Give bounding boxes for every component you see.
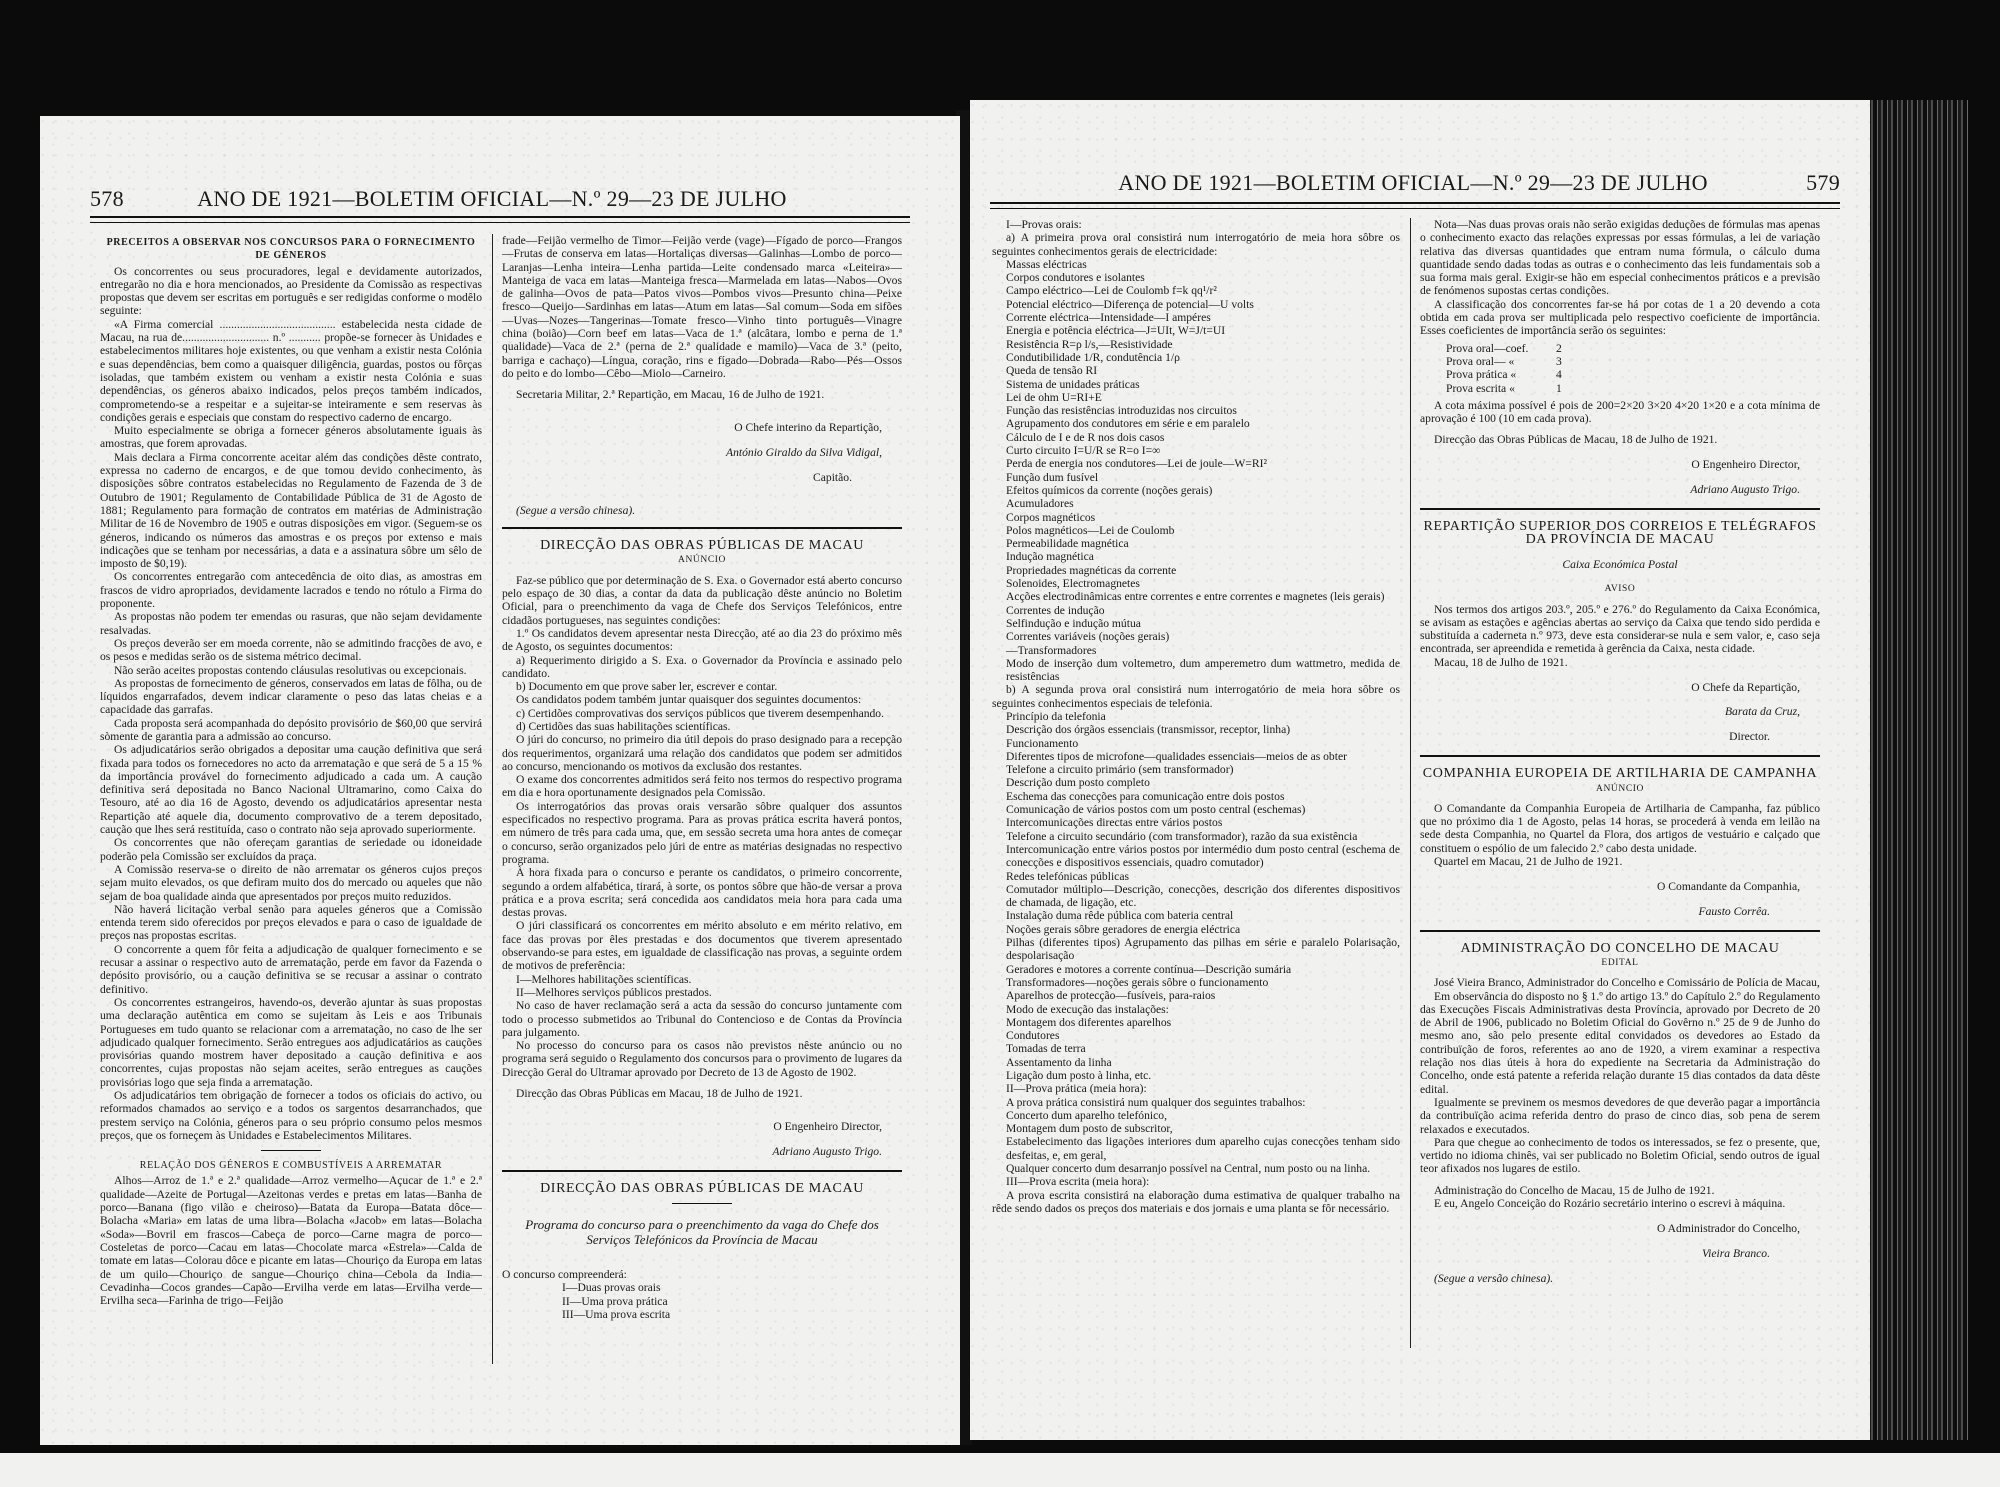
text-line: Pilhas (diferentes tipos) Agrupamento da…	[992, 936, 1400, 963]
text-line: Princípio da telefonia	[992, 710, 1400, 723]
max-score: A cota máxima possível é pois de 200=2×2…	[1420, 399, 1820, 426]
text-line: Acções electrodinâmicas entre correntes …	[992, 590, 1400, 603]
text-line: Não serão aceites propostas contendo clá…	[100, 664, 482, 677]
signature-title: O Comandante da Companhia,	[1420, 880, 1820, 893]
text-line: Redes telefónicas públicas	[992, 870, 1400, 883]
correios-heading: REPARTIÇÃO SUPERIOR DOS CORREIOS E TELÉG…	[1420, 520, 1820, 547]
section-escrita: III—Prova escrita (meia hora):	[992, 1175, 1400, 1188]
coefficient-row: Prova oral— «3	[1420, 355, 1820, 368]
text-line: Geradores e motores a corrente contínua—…	[992, 963, 1400, 976]
text-line: Potencial eléctrico—Diferença de potenci…	[992, 298, 1400, 311]
coefficient-value: 3	[1556, 355, 1562, 368]
text-line: —Transformadores	[992, 644, 1400, 657]
left-page: 578 ANO DE 1921—BOLETIM OFICIAL—N.º 29—2…	[40, 116, 960, 1456]
text-line: Corpos condutores e isolantes	[992, 271, 1400, 284]
text-line: Agrupamento dos condutores em série e em…	[992, 417, 1400, 430]
text-line: Corpos magnéticos	[992, 511, 1400, 524]
notice-heading: DIRECÇÃO DAS OBRAS PÚBLICAS DE MACAU	[502, 539, 902, 552]
text-line: Assentamento da linha	[992, 1056, 1400, 1069]
divider	[1420, 755, 1820, 757]
text-line: No caso de haver reclamação será a acta …	[502, 999, 902, 1039]
program-heading: DIRECÇÃO DAS OBRAS PÚBLICAS DE MACAU	[502, 1182, 902, 1195]
coefficients-table: Prova oral—coef.2Prova oral— «3Prova prá…	[1420, 342, 1820, 395]
text-line: Mais declara a Firma concorrente aceitar…	[100, 451, 482, 571]
text-line: Modo de inserção dum voltemetro, dum amp…	[992, 657, 1400, 684]
text-line: O júri do concurso, no primeiro dia útil…	[502, 733, 902, 773]
nota: Nota—Nas duas provas orais não serão exi…	[1420, 218, 1820, 298]
page-number: 578	[90, 186, 124, 212]
place-date: Macau, 18 de Julho de 1921.	[1420, 656, 1820, 669]
text-line: Os adjudicatários tem obrigação de forne…	[100, 1089, 482, 1142]
text-line: José Vieira Branco, Administrador do Con…	[1420, 976, 1820, 989]
signature-rank: Director.	[1420, 730, 1820, 743]
place-date: Administração do Concelho de Macau, 15 d…	[1420, 1184, 1820, 1197]
text-line: Igualmente se previnem os mesmos devedor…	[1420, 1096, 1820, 1136]
classification: A classificação dos concorrentes far-se …	[1420, 298, 1820, 338]
text-line: Noções gerais sôbre geradores de energia…	[992, 923, 1400, 936]
signature-name: Vieira Branco.	[1420, 1247, 1820, 1260]
text-line: Queda de tensão RI	[992, 364, 1400, 377]
left-column-2: frade—Feijão vermelho de Timor—Feijão ve…	[502, 234, 902, 1321]
divider	[1420, 930, 1820, 932]
text-line: Diferentes tipos de microfone—qualidades…	[992, 750, 1400, 763]
header-rule	[990, 202, 1840, 209]
signature-title: O Chefe interino da Repartição,	[502, 421, 902, 434]
scan-bottom-edge	[0, 1445, 2000, 1487]
text-line: Efeitos químicos da corrente (noções ger…	[992, 484, 1400, 497]
right-column-2: Nota—Nas duas provas orais não serão exi…	[1420, 218, 1820, 1285]
text-line: Os candidatos podem também juntar quaisq…	[502, 693, 902, 706]
text-line: Energia e potência eléctrica—J=UIt, W=J/…	[992, 324, 1400, 337]
text-line: Comunicação de vários postos com um post…	[992, 803, 1400, 816]
text-line: As propostas não podem ter emendas ou ra…	[100, 610, 482, 637]
text-line: Qualquer concerto dum desarranjo possíve…	[992, 1162, 1400, 1175]
text-line: Tomadas de terra	[992, 1042, 1400, 1055]
text-line: Concerto dum aparelho telefónico,	[992, 1109, 1400, 1122]
text-line: Os adjudicatários serão obrigados a depo…	[100, 743, 482, 836]
text-line: A Comissão reserva-se o direito de não a…	[100, 863, 482, 903]
goods-list-continued: frade—Feijão vermelho de Timor—Feijão ve…	[502, 234, 902, 380]
text-line: Função dum fusível	[992, 471, 1400, 484]
coefficient-value: 2	[1556, 342, 1562, 355]
notice-sub: ANÚNCIO	[502, 554, 902, 567]
header-rule	[90, 216, 910, 223]
text-line: I—Melhores habilitações scientíficas.	[502, 973, 902, 986]
text-line: d) Certidões das suas habilitações scien…	[502, 720, 902, 733]
text-line: Estabelecimento das ligações interiores …	[992, 1135, 1400, 1162]
coefficient-label: Prova prática «	[1446, 368, 1556, 381]
clerk-note: E eu, Angelo Conceição do Rozário secret…	[1420, 1197, 1820, 1210]
coefficient-value: 1	[1556, 382, 1562, 395]
text-line: Curto circuito I=U/R se R=o I=∞	[992, 444, 1400, 457]
signature-name: Fausto Corrêa.	[1420, 905, 1820, 918]
text-line: Muito especialmente se obriga a fornecer…	[100, 424, 482, 451]
coefficient-row: Prova oral—coef.2	[1420, 342, 1820, 355]
text-line: No processo do concurso para os casos nã…	[502, 1039, 902, 1079]
divider	[1420, 508, 1820, 510]
text-line: Correntes de indução	[992, 604, 1400, 617]
text-line: Para que chegue ao conhecimento de todos…	[1420, 1136, 1820, 1176]
right-column-1: I—Provas orais: a) A primeira prova oral…	[992, 218, 1400, 1215]
text-line: Os concorrentes estrangeiros, havendo-os…	[100, 996, 482, 1089]
text-line: Comutador múltiplo—Descrição, conecções,…	[992, 883, 1400, 910]
list-heading: RELAÇÃO DOS GÉNEROS E COMBUSTÍVEIS A ARR…	[100, 1159, 482, 1172]
text-line: Lei de ohm U=RI+E	[992, 391, 1400, 404]
book-spine	[1868, 100, 1968, 1440]
text-line: À hora fixada para o concurso e perante …	[502, 866, 902, 919]
text-line: O concorrente a quem fôr feita a adjudic…	[100, 943, 482, 996]
text-line: Cada proposta será acompanhada do depósi…	[100, 717, 482, 744]
signature-title: O Chefe da Repartição,	[1420, 681, 1820, 694]
divider	[502, 1170, 902, 1172]
concelho-heading: ADMINISTRAÇÃO DO CONCELHO DE MACAU	[1420, 942, 1820, 955]
text-line: Acumuladores	[992, 497, 1400, 510]
text-line: Transformadores—noções gerais sôbre o fu…	[992, 976, 1400, 989]
page-number: 579	[1806, 170, 1840, 196]
place-date: Quartel em Macau, 21 de Julho de 1921.	[1420, 855, 1820, 868]
text-line: O júri classificará os concorrentes em m…	[502, 919, 902, 972]
program-title: Programa do concurso para o preenchiment…	[502, 1217, 902, 1247]
text-line: Os concorrentes ou seus procuradores, le…	[100, 265, 482, 318]
text-line: Polos magnéticos—Lei de Coulomb	[992, 524, 1400, 537]
text-line: Selfindução e indução mútua	[992, 617, 1400, 630]
text-line: Os concorrentes que não ofereçam garanti…	[100, 836, 482, 863]
text-line: O exame dos concorrentes admitidos será …	[502, 773, 902, 800]
correios-sub: AVISO	[1420, 583, 1820, 596]
paragraphs: Os concorrentes ou seus procuradores, le…	[100, 265, 482, 1143]
text-line: II—Melhores serviços públicos prestados.	[502, 986, 902, 999]
text-line: Solenoides, Electromagnetes	[992, 577, 1400, 590]
divider	[672, 1203, 732, 1204]
artilharia-text: O Comandante da Companhia Europeia de Ar…	[1420, 802, 1820, 855]
artilharia-heading: COMPANHIA EUROPEIA DE ARTILHARIA DE CAMP…	[1420, 767, 1820, 780]
text-line: Faz-se público que por determinação de S…	[502, 574, 902, 627]
text-line: Correntes variáveis (noções gerais)	[992, 630, 1400, 643]
section-heading: PRECEITOS A OBSERVAR NOS CONCURSOS PARA …	[100, 236, 482, 263]
coefficient-label: Prova oral— «	[1446, 355, 1556, 368]
place-date: Direcção das Obras Públicas em Macau, 18…	[502, 1087, 902, 1100]
running-head-right: ANO DE 1921—BOLETIM OFICIAL—N.º 29—23 DE…	[1020, 170, 1840, 198]
correios-text: Nos termos dos artigos 203.º, 205.º e 27…	[1420, 603, 1820, 656]
divider	[261, 1150, 321, 1151]
program-intro: O concurso compreenderá:	[502, 1268, 902, 1281]
text-line: Os preços deverão ser em moeda corrente,…	[100, 637, 482, 664]
text-line: a) Requerimento dirigido a S. Exa. o Gov…	[502, 654, 902, 681]
divider	[502, 527, 902, 529]
place-date: Direcção das Obras Públicas de Macau, 18…	[1420, 433, 1820, 446]
text-line: b) Documento em que prove saber ler, esc…	[502, 680, 902, 693]
coefficient-row: Prova escrita «1	[1420, 382, 1820, 395]
text-line: Telefone a circuito primário (sem transf…	[992, 763, 1400, 776]
text-line: Cálculo de I e de R nos dois casos	[992, 431, 1400, 444]
text-line: «A Firma comercial .....................…	[100, 318, 482, 424]
text-line: Descrição dos órgãos essenciais (transmi…	[992, 723, 1400, 736]
text-line: Ligação dum posto à linha, etc.	[992, 1069, 1400, 1082]
goods-list: Alhos—Arroz de 1.ª e 2.ª qualidade—Arroz…	[100, 1174, 482, 1307]
practical-intro: A prova prática consistirá num qualquer …	[992, 1096, 1400, 1109]
text-line: Os interrogatórios das provas orais vers…	[502, 800, 902, 866]
running-head-title: ANO DE 1921—BOLETIM OFICIAL—N.º 29—23 DE…	[124, 186, 860, 212]
signature-title: O Engenheiro Director,	[1420, 458, 1820, 471]
follows-note: (Segue a versão chinesa).	[1420, 1272, 1820, 1285]
text-line: Indução magnética	[992, 550, 1400, 563]
signature-name: António Giraldo da Silva Vidigal,	[502, 446, 902, 459]
oral-a-topics: Massas eléctricasCorpos condutores e iso…	[992, 258, 1400, 684]
text-line: Permeabilidade magnética	[992, 537, 1400, 550]
artilharia-sub: ANÚNCIO	[1420, 783, 1820, 796]
text-line: III—Uma prova escrita	[502, 1308, 902, 1321]
running-head-left: 578 ANO DE 1921—BOLETIM OFICIAL—N.º 29—2…	[90, 186, 860, 214]
oral-b-topics: Princípio da telefoniaDescrição dos órgã…	[992, 710, 1400, 1082]
text-line: 1.º Os candidatos devem apresentar nesta…	[502, 627, 902, 654]
oral-b-intro: b) A segunda prova oral consistirá num i…	[992, 683, 1400, 710]
text-line: Montagem dum posto de subscritor,	[992, 1122, 1400, 1135]
coefficient-label: Prova oral—coef.	[1446, 342, 1556, 355]
text-line: Corrente eléctrica—Intensidade—I ampéres	[992, 311, 1400, 324]
place-date: Secretaria Militar, 2.ª Repartição, em M…	[502, 388, 902, 401]
text-line: Instalação duma rêde pública com bateria…	[992, 909, 1400, 922]
written-text: A prova escrita consistirá na elaboração…	[992, 1189, 1400, 1216]
practical-items: Concerto dum aparelho telefónico,Montage…	[992, 1109, 1400, 1175]
text-line: c) Certidões comprovativas dos serviços …	[502, 707, 902, 720]
text-line: Montagem dos diferentes aparelhos	[992, 1016, 1400, 1029]
coefficient-label: Prova escrita «	[1446, 382, 1556, 395]
text-line: As propostas de fornecimento de géneros,…	[100, 677, 482, 717]
program-items: I—Duas provas oraisII—Uma prova práticaI…	[502, 1281, 902, 1321]
text-line: Intercomunicação entre vários postos por…	[992, 843, 1400, 870]
signature-name: Adriano Augusto Trigo.	[1420, 483, 1820, 496]
concelho-paragraphs: José Vieira Branco, Administrador do Con…	[1420, 976, 1820, 1175]
text-line: Descrição dum posto completo	[992, 776, 1400, 789]
running-head-title: ANO DE 1921—BOLETIM OFICIAL—N.º 29—23 DE…	[1020, 170, 1806, 196]
signature-name: Adriano Augusto Trigo.	[502, 1145, 902, 1158]
text-line: Modo de execução das instalações:	[992, 1003, 1400, 1016]
text-line: Não haverá licitação verbal senão para a…	[100, 903, 482, 943]
coefficient-row: Prova prática «4	[1420, 368, 1820, 381]
notice-paragraphs: Faz-se público que por determinação de S…	[502, 574, 902, 1079]
text-line: Massas eléctricas	[992, 258, 1400, 271]
signature-title: O Administrador do Concelho,	[1420, 1222, 1820, 1235]
right-page: ANO DE 1921—BOLETIM OFICIAL—N.º 29—23 DE…	[970, 100, 1870, 1440]
text-line: Intercomunicações directas entre vários …	[992, 816, 1400, 829]
left-column-1: PRECEITOS A OBSERVAR NOS CONCURSOS PARA …	[100, 234, 482, 1307]
text-line: Os concorrentes entregarão com antecedên…	[100, 570, 482, 610]
text-line: Aparelhos de protecção—fusíveis, para-ra…	[992, 989, 1400, 1002]
text-line: Perda de energia nos condutores—Lei de j…	[992, 457, 1400, 470]
text-line: I—Duas provas orais	[502, 1281, 902, 1294]
text-line: Telefone a circuito secundário (com tran…	[992, 830, 1400, 843]
text-line: Sistema de unidades práticas	[992, 378, 1400, 391]
signature-rank: Capitão.	[502, 471, 902, 484]
text-line: Função das resistências introduzidas nos…	[992, 404, 1400, 417]
text-line: Propriedades magnéticas da corrente	[992, 564, 1400, 577]
oral-a-intro: a) A primeira prova oral consistirá num …	[992, 231, 1400, 258]
text-line: Condutores	[992, 1029, 1400, 1042]
correios-sub-italic: Caixa Económica Postal	[1420, 558, 1820, 571]
coefficient-value: 4	[1556, 368, 1562, 381]
text-line: Condutibilidade 1/R, condutência 1/ρ	[992, 351, 1400, 364]
text-line: Campo eléctrico—Lei de Coulomb f=k qq¹/r…	[992, 284, 1400, 297]
column-separator	[1410, 218, 1411, 1348]
signature-title: O Engenheiro Director,	[502, 1120, 902, 1133]
text-line: Eschema das conecções para comunicação e…	[992, 790, 1400, 803]
section-orais: I—Provas orais:	[992, 218, 1400, 231]
section-pratica: II—Prova prática (meia hora):	[992, 1082, 1400, 1095]
text-line: Em observância do disposto no § 1.º do a…	[1420, 990, 1820, 1096]
text-line: Resistência R=ρ l/s,—Resistividade	[992, 338, 1400, 351]
text-line: II—Uma prova prática	[502, 1295, 902, 1308]
text-line: Funcionamento	[992, 737, 1400, 750]
concelho-sub: EDITAL	[1420, 957, 1820, 970]
column-separator	[492, 234, 493, 1364]
follows-note: (Segue a versão chinesa).	[502, 504, 902, 517]
signature-name: Barata da Cruz,	[1420, 705, 1820, 718]
